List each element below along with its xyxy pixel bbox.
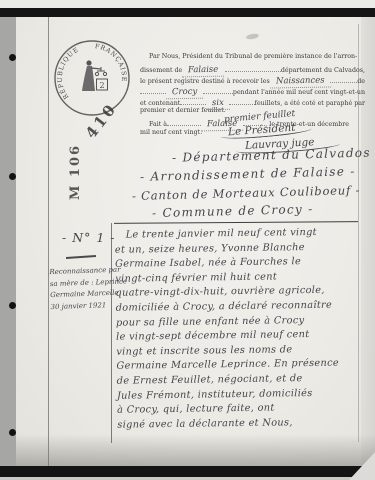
form-text: dissement de bbox=[140, 66, 182, 77]
scan-top-edge bbox=[0, 0, 375, 8]
form-text: Par Nous, Président du Tribunal de premi… bbox=[149, 52, 357, 63]
fill-register-type: Naissances bbox=[270, 75, 331, 88]
binding-hole bbox=[9, 54, 16, 61]
margin-note: Reconnaissance par sa mère de : Leprince… bbox=[49, 265, 115, 313]
form-line: dissement de Falaise département du Calv… bbox=[140, 63, 365, 74]
form-text: feuillets, a été coté et paraphé par bbox=[255, 99, 365, 110]
fill-commune: Crocy bbox=[166, 86, 203, 99]
form-text: de bbox=[357, 77, 365, 88]
republique-francaise-seal: RÉPUBLIQUE FRANÇAISE 2 bbox=[52, 38, 132, 118]
page-fold-line bbox=[48, 17, 49, 466]
form-text: mil neuf cent vingt. bbox=[140, 128, 202, 139]
svg-text:FRANÇAISE: FRANÇAISE bbox=[94, 42, 128, 82]
microfilm-number-stamp: M 106 bbox=[68, 144, 82, 200]
form-line: Par Nous, Président du Tribunal de premi… bbox=[140, 52, 365, 63]
fill-arrondissement: Falaise bbox=[182, 65, 224, 78]
binding-hole bbox=[9, 302, 16, 309]
act-number: - N° 1 - bbox=[62, 230, 116, 245]
seal-denomination: 2 bbox=[99, 81, 104, 90]
margin-vertical-rule bbox=[111, 223, 112, 443]
margin-note-line: 30 janvier 1921 bbox=[50, 299, 114, 313]
act-body: Le trente janvier mil neuf cent vingt et… bbox=[115, 225, 366, 433]
form-blank-line bbox=[167, 117, 201, 126]
binding-hole bbox=[9, 173, 16, 180]
book-top-edge-band bbox=[0, 8, 375, 17]
registry-page-scan: RÉPUBLIQUE FRANÇAISE 2 410 M 106 Par Nou… bbox=[0, 0, 375, 480]
page-bottom-shadow bbox=[16, 434, 375, 466]
form-blank-line bbox=[225, 63, 281, 72]
seal-left-text: RÉPUBLIQUE bbox=[56, 45, 80, 100]
form-blank-line bbox=[203, 85, 233, 94]
binding-hole bbox=[9, 429, 16, 436]
seal-right-text: FRANÇAISE bbox=[94, 42, 128, 82]
book-bottom-edge-band bbox=[0, 466, 375, 477]
form-blank-line bbox=[330, 74, 357, 83]
fill-feuillets-count: six bbox=[205, 97, 229, 109]
svg-text:RÉPUBLIQUE: RÉPUBLIQUE bbox=[56, 45, 80, 100]
form-blank-line bbox=[229, 96, 254, 105]
form-blank-line bbox=[140, 85, 166, 94]
